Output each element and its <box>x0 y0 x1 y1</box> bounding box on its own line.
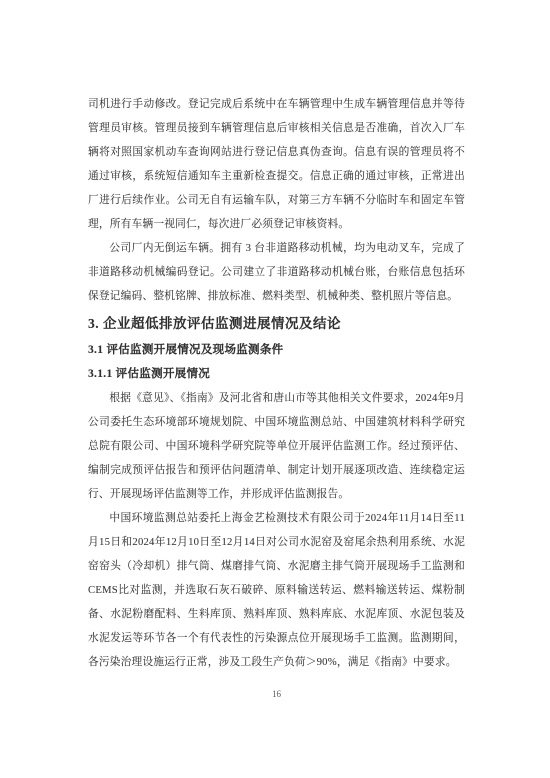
document-page: 司机进行手动修改。登记完成后系统中在车辆管理中生成车辆管理信息并等待管理员审核。… <box>0 0 550 778</box>
subsection-heading-3-1: 3.1 评估监测开展情况及现场监测条件 <box>88 338 465 362</box>
paragraph-non-road-machinery: 公司厂内无倒运车辆。拥有 3 台非道路移动机械，均为电动叉车，完成了非道路移动机… <box>88 236 465 308</box>
paragraph-monitoring-details: 中国环境监测总站委托上海金艺检测技术有限公司于2024年11月14日至11月15… <box>88 506 465 674</box>
page-number: 16 <box>88 688 465 700</box>
section-heading-3: 3. 企业超低排放评估监测进展情况及结论 <box>88 312 465 336</box>
paragraph-vehicle-management: 司机进行手动修改。登记完成后系统中在车辆管理中生成车辆管理信息并等待管理员审核。… <box>88 92 465 236</box>
paragraph-assessment-commission: 根据《意见》、《指南》及河北省和唐山市等其他相关文件要求，2024年9月公司委托… <box>88 386 465 506</box>
subsection-heading-3-1-1: 3.1.1 评估监测开展情况 <box>88 362 465 386</box>
